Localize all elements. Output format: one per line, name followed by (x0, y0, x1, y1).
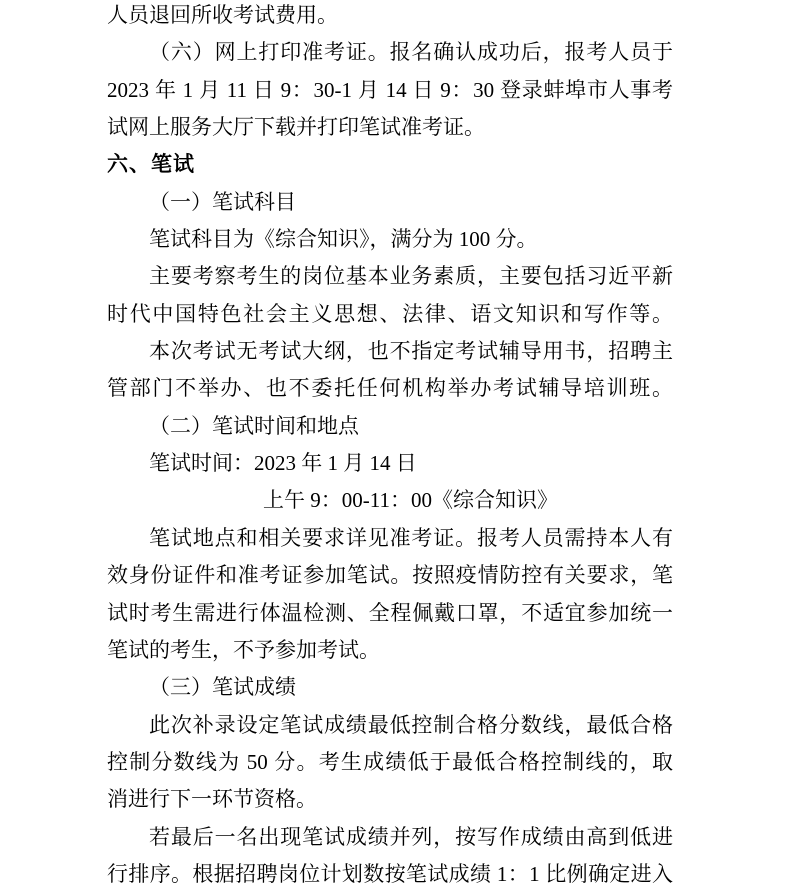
doc-line: 控制分数线为 50 分。考生成绩低于最低合格控制线的，取 (107, 744, 673, 781)
doc-line: 管部门不举办、也不委托任何机构举办考试辅导培训班。 (107, 370, 673, 407)
doc-line: 试时考生需进行体温检测、全程佩戴口罩，不适宜参加统一 (107, 595, 673, 632)
subsection-heading-exam-time-location: （二）笔试时间和地点 (107, 408, 673, 445)
exam-session-line: 上午 9：00-11：00《综合知识》 (107, 482, 673, 519)
doc-line: 笔试的考生，不予参加考试。 (107, 632, 673, 669)
doc-line: 人员退回所收考试费用。 (107, 0, 673, 34)
document-page: 人员退回所收考试费用。 （六）网上打印准考证。报名确认成功后，报考人员于 202… (107, 0, 673, 893)
doc-line: 此次补录设定笔试成绩最低控制合格分数线，最低合格 (107, 707, 673, 744)
doc-line: 笔试科目为《综合知识》，满分为 100 分。 (107, 221, 673, 258)
exam-date-line: 笔试时间：2023 年 1 月 14 日 (107, 445, 673, 482)
doc-line: 主要考察考生的岗位基本业务素质，主要包括习近平新 (107, 258, 673, 295)
doc-line: 消进行下一环节资格。 (107, 781, 673, 818)
section-heading-written-exam: 六、笔试 (107, 146, 673, 183)
subsection-heading-exam-subjects: （一）笔试科目 (107, 184, 673, 221)
doc-line: 笔试地点和相关要求详见准考证。报考人员需持本人有 (107, 520, 673, 557)
doc-line: 行排序。根据招聘岗位计划数按笔试成绩 1：1 比例确定进入 (107, 856, 673, 893)
doc-line: 2023 年 1 月 11 日 9：30-1 月 14 日 9：30 登录蚌埠市… (107, 72, 673, 109)
doc-line: 效身份证件和准考证参加笔试。按照疫情防控有关要求，笔 (107, 557, 673, 594)
doc-line: 时代中国特色社会主义思想、法律、语文知识和写作等。 (107, 296, 673, 333)
subsection-heading-exam-scores: （三）笔试成绩 (107, 669, 673, 706)
subsection-print-admission-ticket: （六）网上打印准考证。报名确认成功后，报考人员于 (107, 34, 673, 71)
doc-line: 本次考试无考试大纲，也不指定考试辅导用书，招聘主 (107, 333, 673, 370)
doc-line: 试网上服务大厅下载并打印笔试准考证。 (107, 109, 673, 146)
doc-line: 若最后一名出现笔试成绩并列，按写作成绩由高到低进 (107, 819, 673, 856)
